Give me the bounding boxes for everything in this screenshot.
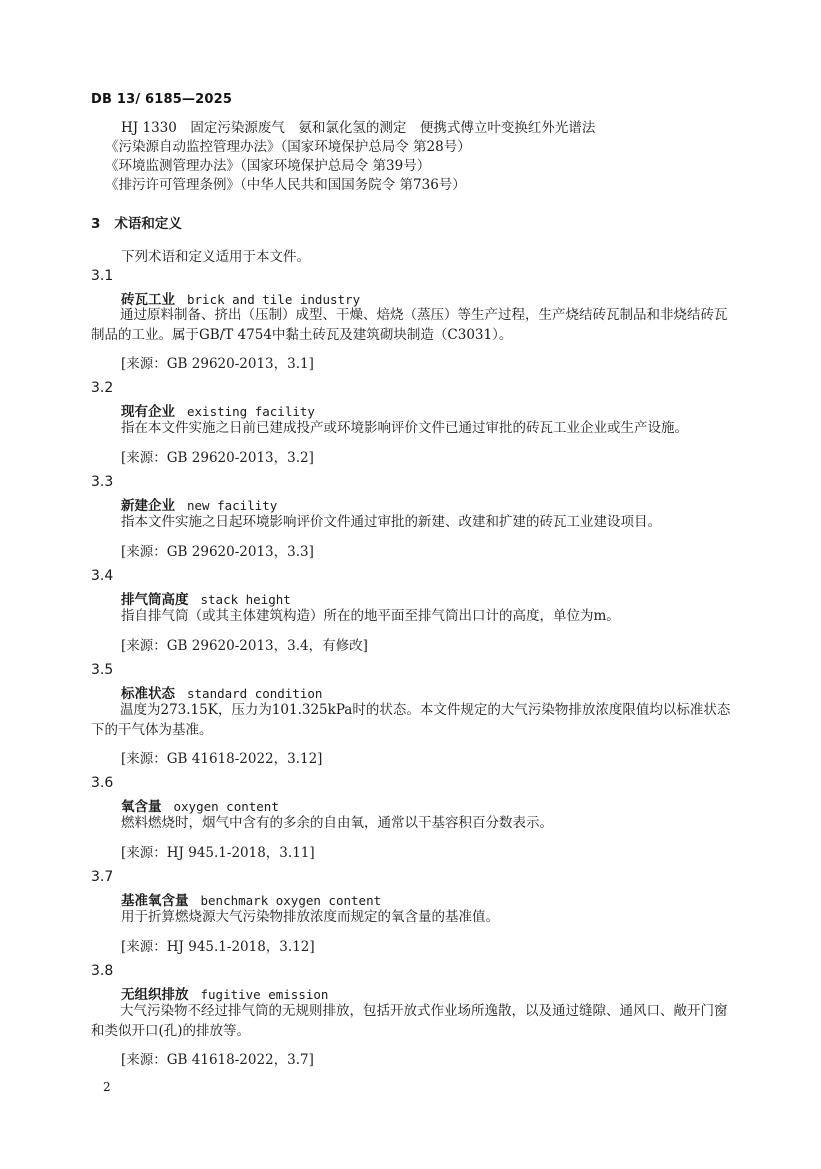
reference-item: 《排污许可管理条例》（中华人民共和国国务院令 第736号） bbox=[105, 176, 466, 195]
term-source: [来源：GB 29620-2013，3.3] bbox=[121, 540, 314, 560]
term-en: new facility bbox=[187, 498, 277, 513]
term-heading: 标准状态standard condition bbox=[121, 682, 322, 702]
document-code-header: DB 13/ 6185—2025 bbox=[91, 92, 232, 107]
clause-number: 3.1 bbox=[91, 268, 113, 284]
term-definition: 指在本文件实施之日前已建成投产或环境影响评价文件已通过审批的砖瓦工业企业或生产设… bbox=[121, 418, 761, 438]
section-title: 术语和定义 bbox=[114, 216, 182, 232]
term-source: [来源：GB 29620-2013，3.2] bbox=[121, 446, 314, 466]
term-definition: 温度为273.15K，压力为101.325kPa时的状态。本文件规定的大气污染物… bbox=[91, 700, 731, 740]
term-definition: 指自排气筒（或其主体建筑构造）所在的地平面至排气筒出口计的高度，单位为m。 bbox=[121, 606, 761, 626]
term-source: [来源：HJ 945.1-2018，3.12] bbox=[121, 935, 315, 955]
section-number: 3 bbox=[91, 216, 100, 232]
term-en: standard condition bbox=[187, 686, 322, 701]
clause-number: 3.7 bbox=[91, 869, 113, 885]
clause-number: 3.2 bbox=[91, 380, 113, 396]
term-definition: 通过原料制备、挤出（压制）成型、干燥、焙烧（蒸压）等生产过程，生产烧结砖瓦制品和… bbox=[91, 305, 731, 345]
term-definition: 指本文件实施之日起环境影响评价文件通过审批的新建、改建和扩建的砖瓦工业建设项目。 bbox=[121, 512, 761, 532]
term-source: [来源：GB 41618-2022，3.12] bbox=[121, 747, 322, 767]
term-source: [来源：GB 41618-2022，3.7] bbox=[121, 1048, 314, 1068]
clause-number: 3.6 bbox=[91, 775, 113, 791]
page-number: 2 bbox=[103, 1080, 111, 1094]
reference-item: 《环境监测管理办法》（国家环境保护总局令 第39号） bbox=[105, 157, 430, 176]
term-source: [来源：HJ 945.1-2018，3.11] bbox=[121, 841, 315, 861]
term-en: fugitive emission bbox=[201, 987, 329, 1002]
term-heading: 现有企业existing facility bbox=[121, 400, 315, 420]
clause-number: 3.5 bbox=[91, 662, 113, 678]
term-source: [来源：GB 29620-2013，3.4，有修改] bbox=[121, 634, 368, 654]
clause-number: 3.8 bbox=[91, 963, 113, 979]
document-page: DB 13/ 6185—2025 HJ 1330 固定污染源废气 氨和氯化氢的测… bbox=[0, 0, 821, 1169]
term-definition: 大气污染物不经过排气筒的无规则排放，包括开放式作业场所逸散，以及通过缝隙、通风口… bbox=[91, 1001, 731, 1041]
term-en: stack height bbox=[201, 592, 291, 607]
term-heading: 基准氧含量benchmark oxygen content bbox=[121, 889, 381, 909]
clause-number: 3.4 bbox=[91, 568, 113, 584]
term-en: benchmark oxygen content bbox=[201, 893, 382, 908]
term-en: oxygen content bbox=[174, 799, 279, 814]
term-heading: 新建企业new facility bbox=[121, 494, 277, 514]
term-definition: 燃料燃烧时，烟气中含有的多余的自由氧，通常以干基容积百分数表示。 bbox=[121, 813, 761, 833]
reference-item: 《污染源自动监控管理办法》（国家环境保护总局令 第28号） bbox=[105, 138, 471, 157]
clause-number: 3.3 bbox=[91, 474, 113, 490]
term-heading: 排气筒高度stack height bbox=[121, 588, 291, 608]
term-heading: 氧含量oxygen content bbox=[121, 795, 279, 815]
term-definition: 用于折算燃烧源大气污染物排放浓度而规定的氧含量的基准值。 bbox=[121, 907, 761, 927]
term-source: [来源：GB 29620-2013，3.1] bbox=[121, 352, 314, 372]
term-heading: 无组织排放fugitive emission bbox=[121, 983, 328, 1003]
reference-item: HJ 1330 固定污染源废气 氨和氯化氢的测定 便携式傅立叶变换红外光谱法 bbox=[121, 119, 595, 138]
term-en: existing facility bbox=[187, 404, 315, 419]
section-heading: 3术语和定义 bbox=[91, 212, 182, 232]
section-intro: 下列术语和定义适用于本文件。 bbox=[121, 248, 310, 267]
